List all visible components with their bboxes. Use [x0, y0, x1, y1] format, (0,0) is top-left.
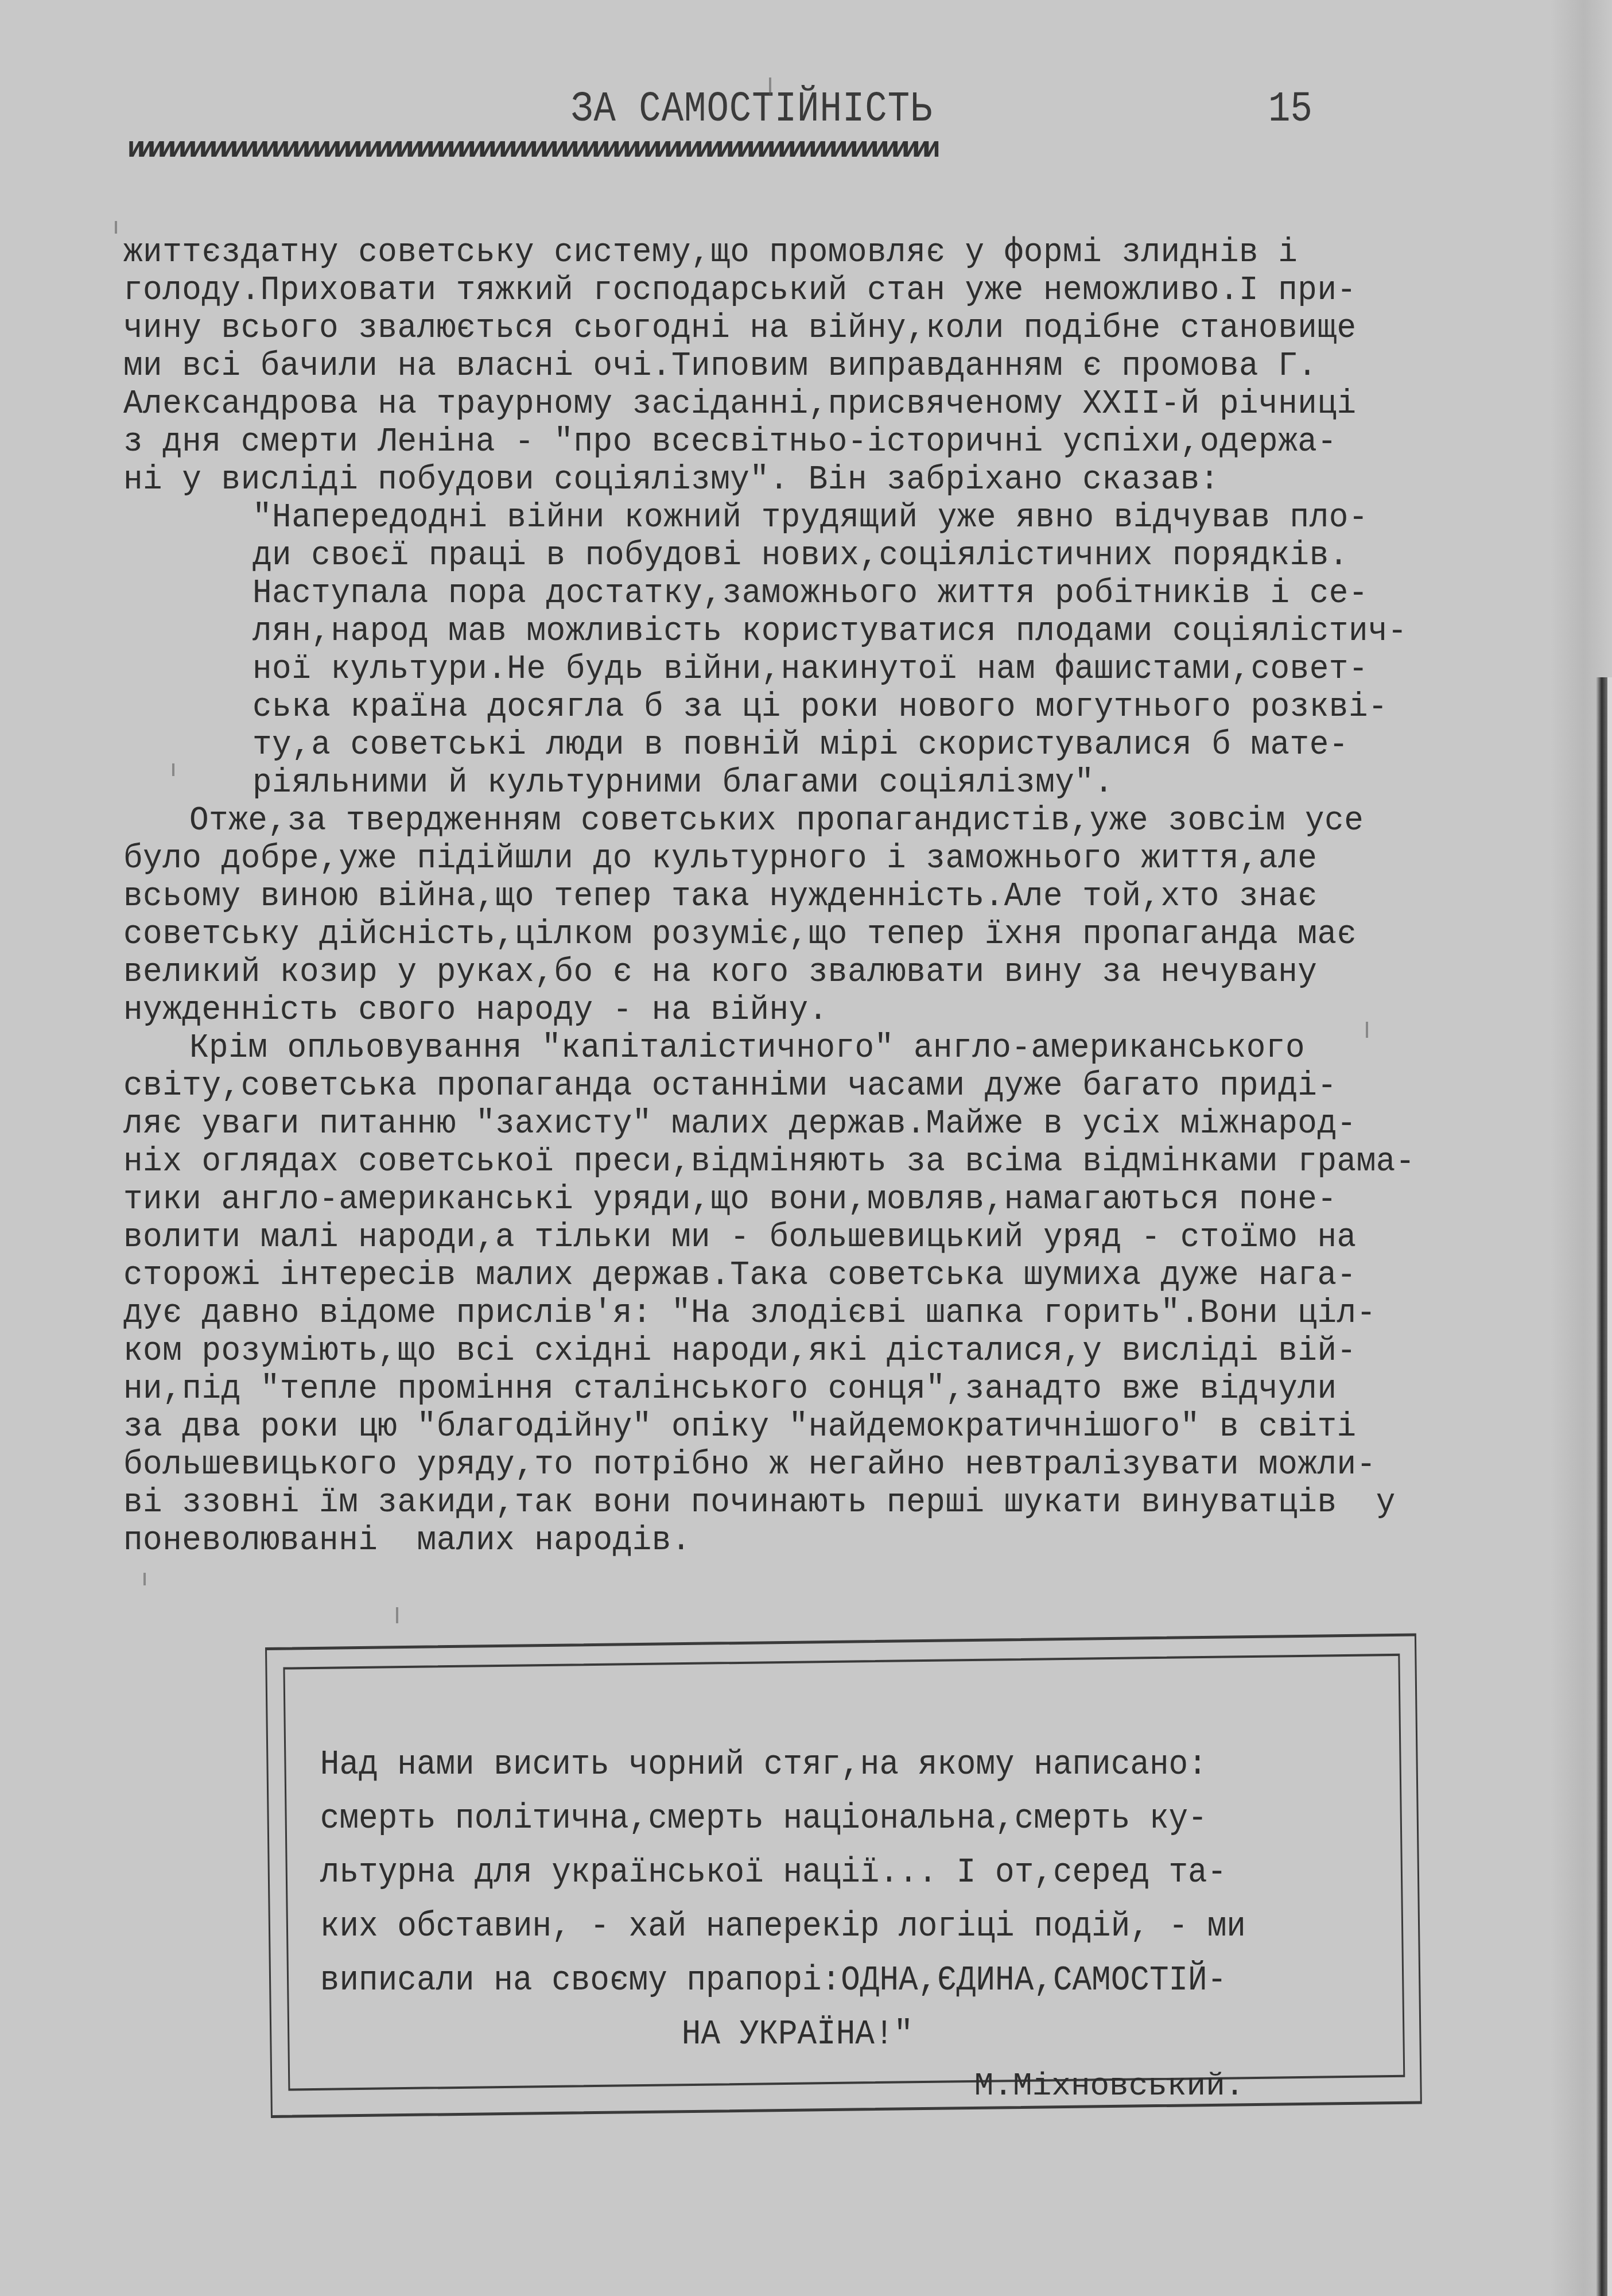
- text-line: Отже,за твердженням советських пропаганд…: [123, 801, 1489, 840]
- scan-speck: [1366, 1022, 1368, 1038]
- epigraph-line: смерть політична,смерть національна,смер…: [320, 1789, 1353, 1848]
- quote-line: лян,народ мав можливість користуватися п…: [253, 611, 1489, 651]
- text-line: ні у висліді побудови соціялізму". Він з…: [123, 460, 1489, 499]
- text-line: за два роки цю "благодійну" опіку "найде…: [123, 1407, 1489, 1446]
- epigraph-final-line: НА УКРАЇНА!": [320, 2005, 1353, 2064]
- epigraph-line: льтурна для української нації... І от,се…: [320, 1843, 1353, 1902]
- page-number: 15: [1268, 86, 1312, 134]
- header-divider-rule: ииииииииииииииииииииииииииииииииииииииии…: [127, 138, 1395, 162]
- quote-line: ди своєї праці в побудові нових,соціяліс…: [253, 536, 1489, 575]
- text-line: з дня смерти Леніна - "про всесвітньо-іс…: [123, 422, 1489, 461]
- scan-speck: [396, 1607, 398, 1623]
- text-line: тики англо-американські уряди,що вони,мо…: [123, 1180, 1489, 1219]
- quote-line: ська країна досягла б за ці роки нового …: [253, 687, 1489, 727]
- text-line: Крім опльовування "капіталістичного" анг…: [123, 1028, 1489, 1068]
- page-header: ЗА САМОСТІЙНІСТЬ 15: [0, 86, 1612, 132]
- quote-line: "Напередодні війни кожний трудящий уже я…: [253, 498, 1489, 537]
- quote-line: ної культури.Не будь війни,накинутої нам…: [253, 649, 1489, 689]
- epigraph-text: Над нами висить чорний стяг,на якому нап…: [320, 1735, 1353, 2113]
- scan-speck: [143, 1573, 146, 1585]
- binding-shadow: [1596, 677, 1607, 2296]
- paragraph-2: Отже,за твердженням советських пропаганд…: [123, 801, 1489, 1028]
- text-line: ми всі бачили на власні очі.Типовим випр…: [123, 346, 1489, 386]
- epigraph-line: виписали на своєму прапорі:ОДНА,ЄДИНА,СА…: [320, 1951, 1353, 2010]
- scan-speck: [769, 77, 771, 95]
- quote-line: ту,а советські люди в повній мірі скорис…: [253, 725, 1489, 765]
- text-line: большевицького уряду,то потрібно ж негай…: [123, 1445, 1489, 1484]
- text-line: сторожі інтересів малих держав.Така сове…: [123, 1255, 1489, 1295]
- text-line: ніх оглядах советської преси,відміняють …: [123, 1142, 1489, 1181]
- block-quote: "Напередодні війни кожний трудящий уже я…: [253, 498, 1489, 801]
- paragraph-3: Крім опльовування "капіталістичного" анг…: [123, 1028, 1489, 1558]
- scan-speck: [115, 221, 117, 234]
- binding-edge: [1607, 677, 1612, 2296]
- text-line: світу,советська пропаганда останніми час…: [123, 1066, 1489, 1106]
- boxed-epigraph-inner-frame: Над нами висить чорний стяг,на якому нап…: [283, 1654, 1405, 2091]
- quote-line: ріяльними й культурними благами соціяліз…: [253, 763, 1489, 802]
- epigraph-line: Над нами висить чорний стяг,на якому нап…: [320, 1735, 1353, 1794]
- text-line: Александрова на траурному засіданні,прис…: [123, 384, 1489, 424]
- text-line: нужденність свого народу - на війну.: [123, 990, 1489, 1030]
- text-line: ві ззовні їм закиди,так вони починають п…: [123, 1483, 1489, 1522]
- text-line: голоду.Приховати тяжкий господарський ст…: [123, 270, 1489, 310]
- scan-speck: [172, 763, 174, 776]
- text-line: всьому виною війна,що тепер така нужденн…: [123, 876, 1489, 916]
- text-line: дує давно відоме прислів'я: "На злодієві…: [123, 1293, 1489, 1333]
- text-line: життєздатну советську систему,що промовл…: [123, 232, 1489, 272]
- quote-line: Наступала пора достатку,заможнього життя…: [253, 573, 1489, 613]
- epigraph-line: ких обставин, - хай наперекір логіці под…: [320, 1897, 1353, 1956]
- publication-title: ЗА САМОСТІЙНІСТЬ: [571, 86, 933, 134]
- text-line: чину всього звалюється сьогодні на війну…: [123, 308, 1489, 348]
- text-line: ни,під "тепле проміння сталінського сонц…: [123, 1369, 1489, 1409]
- text-line: советську дійсність,цілком розуміє,що те…: [123, 914, 1489, 954]
- text-line: ком розуміють,що всі східні народи,які д…: [123, 1331, 1489, 1371]
- epigraph-author: М.Міхновський.: [320, 2059, 1353, 2113]
- text-line: поневолюванні малих народів.: [123, 1521, 1489, 1560]
- text-line: було добре,уже підійшли до культурного і…: [123, 839, 1489, 878]
- boxed-epigraph-outer-frame: Над нами висить чорний стяг,на якому нап…: [265, 1633, 1422, 2117]
- paragraph-1: життєздатну советську систему,що промовл…: [123, 232, 1489, 498]
- text-line: великий козир у руках,бо є на кого звалю…: [123, 952, 1489, 992]
- article-body: життєздатну советську систему,що промовл…: [123, 232, 1489, 1558]
- text-line: ляє уваги питанню "захисту" малих держав…: [123, 1104, 1489, 1143]
- text-line: волити малі народи,а тільки ми - большев…: [123, 1217, 1489, 1257]
